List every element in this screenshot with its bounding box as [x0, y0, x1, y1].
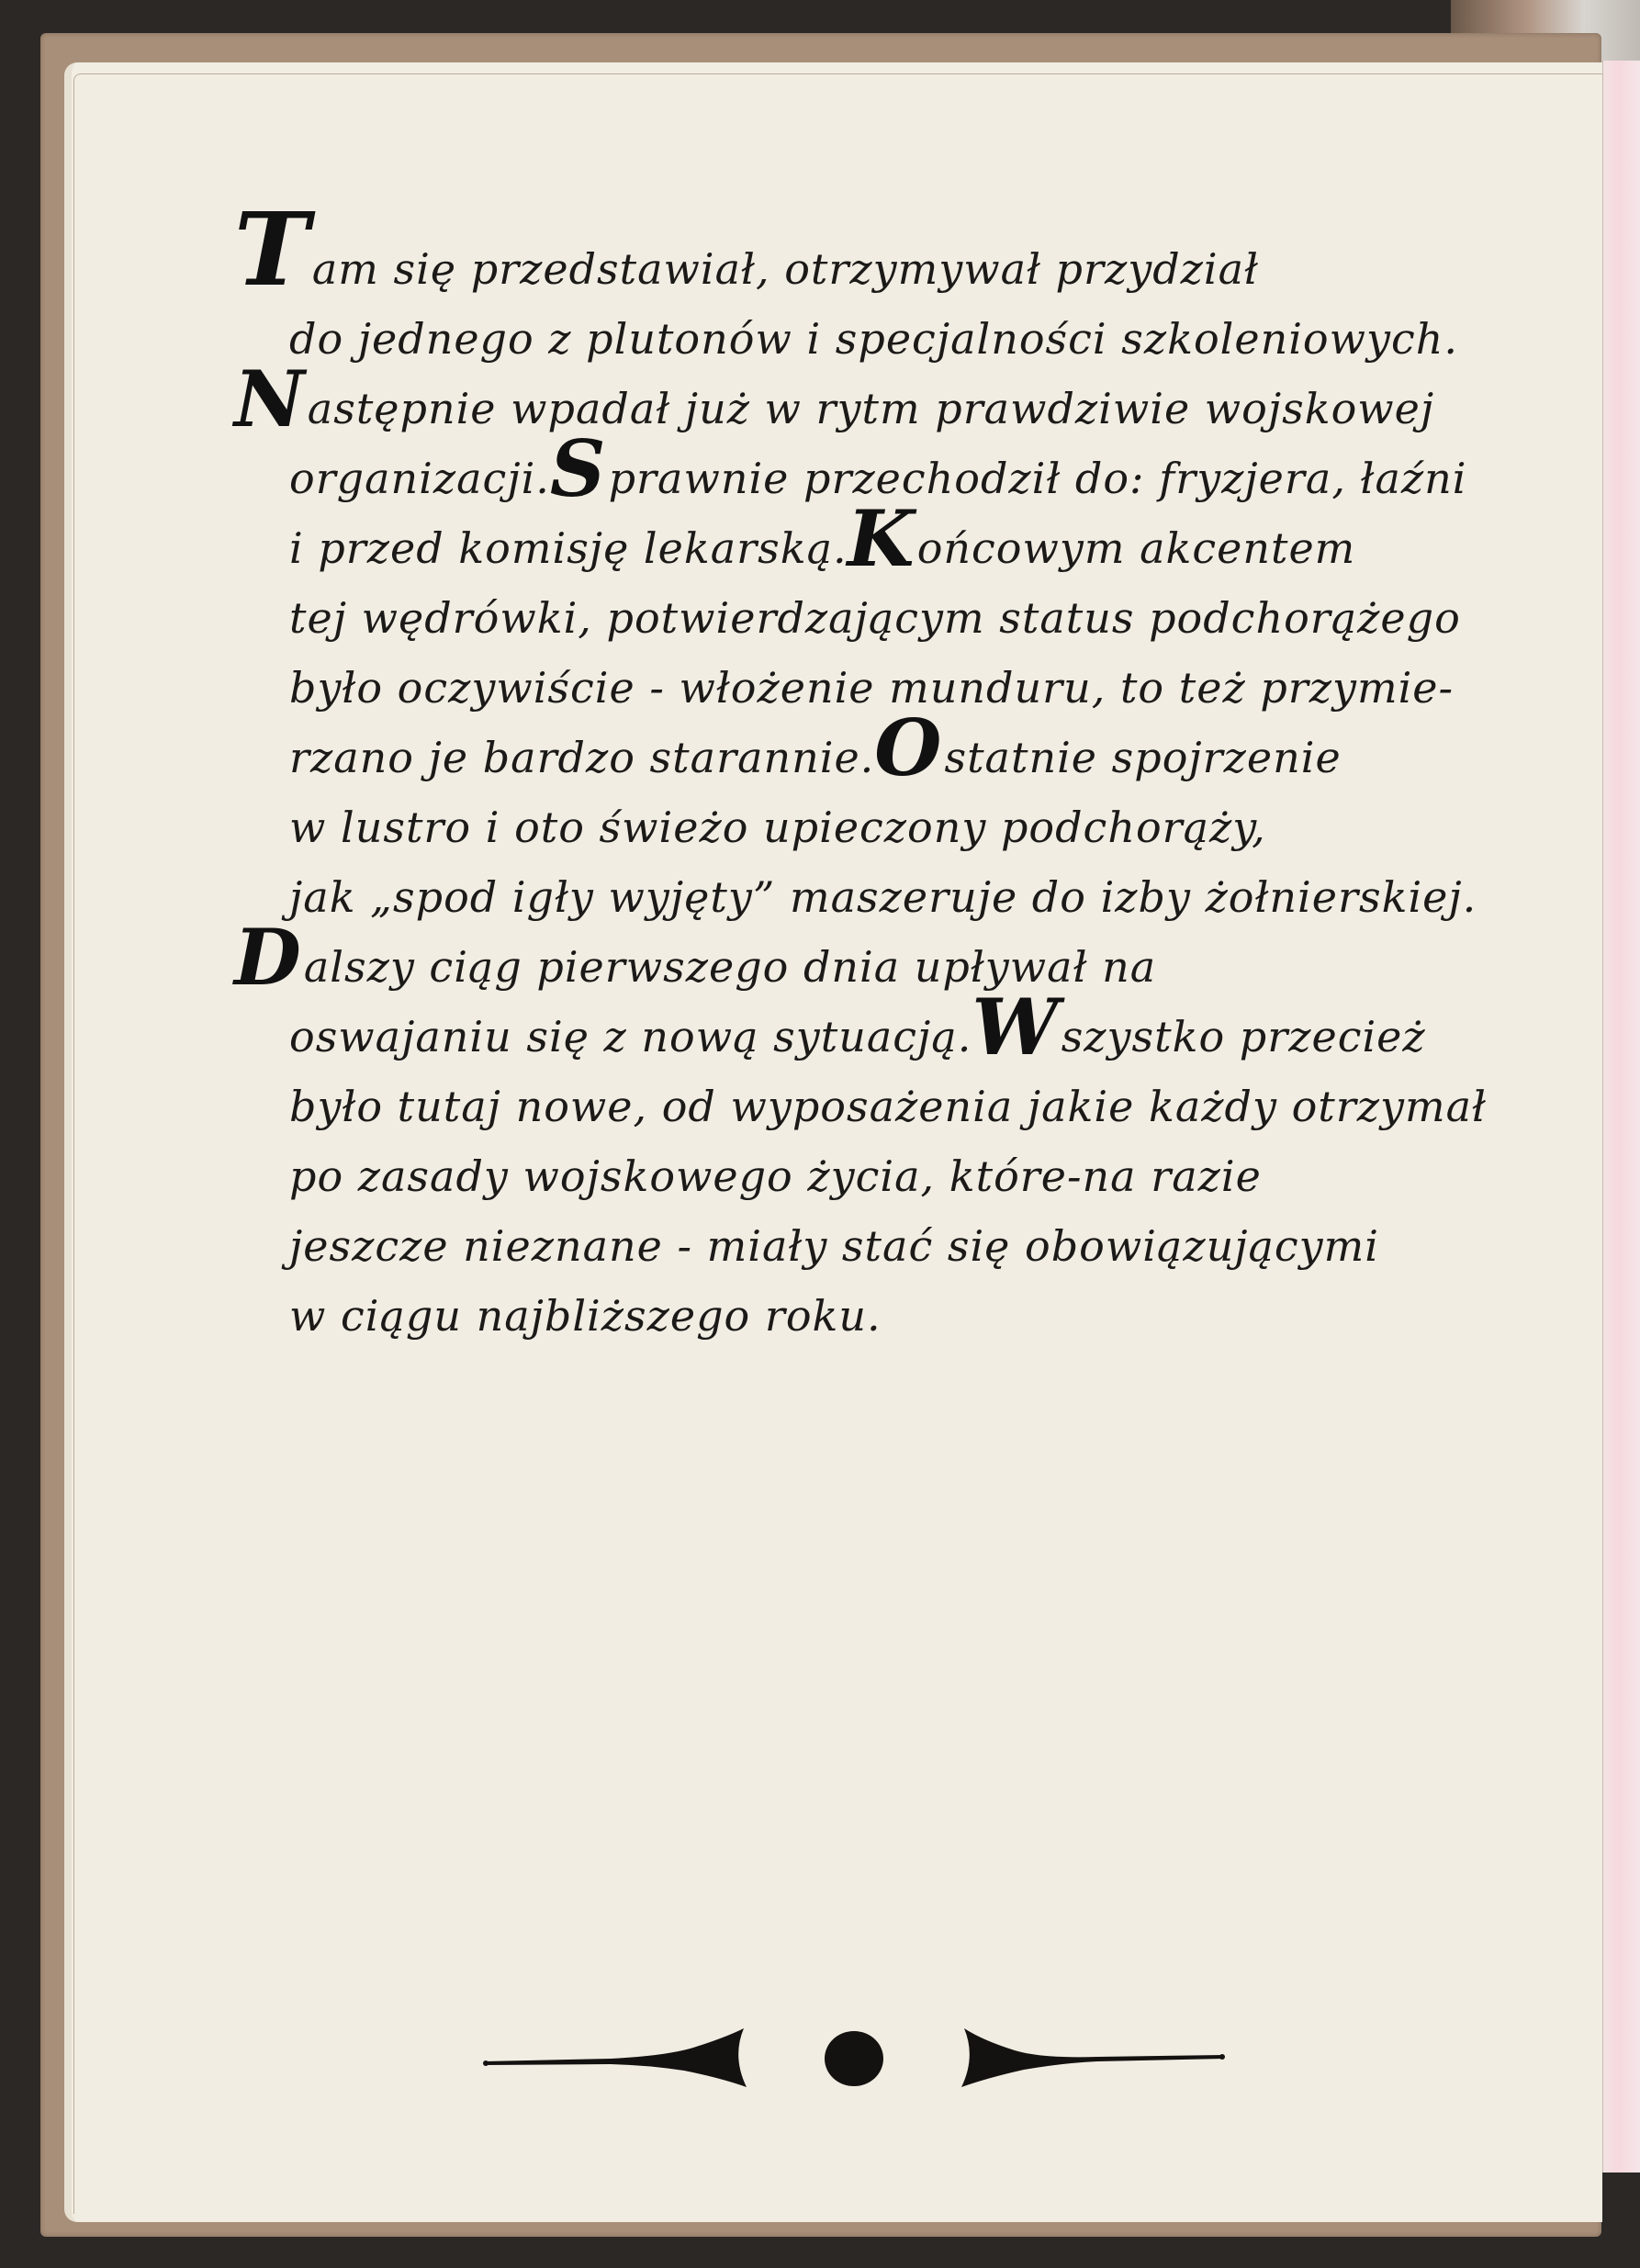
text-line-12: oswajaniu się z nową sytuacją. W szystko…	[234, 988, 1465, 1058]
line-text: am się przedstawiał, otrzymywał przydzia…	[312, 248, 1259, 290]
text-line-5: i przed komisję lekarską. K ońcowym akce…	[234, 500, 1465, 569]
text-line-4: organizacji. S prawnie przechodził do: f…	[234, 430, 1465, 500]
handwritten-text-block: T am się przedstawiał, otrzymywał przydz…	[234, 220, 1465, 1337]
text-line-15: jeszcze nieznane - miały stać się obowią…	[234, 1197, 1465, 1267]
decorative-initial: W	[972, 996, 1059, 1058]
line-text: było tutaj nowe, od wyposażenia jakie ka…	[289, 1085, 1487, 1128]
line-text: tej wędrówki, potwierdzającym status pod…	[289, 597, 1461, 639]
decorative-initial: N	[234, 368, 306, 430]
ornament-divider-icon	[473, 2015, 1235, 2098]
text-line-3: N astępnie wpadał już w rytm prawdziwie …	[234, 360, 1465, 430]
text-line-14: po zasady wojskowego życia, które-na raz…	[234, 1128, 1465, 1197]
line-text: organizacji.	[289, 457, 550, 500]
decorative-initial: T	[234, 209, 310, 290]
text-line-16: w ciągu najbliższego roku.	[234, 1267, 1465, 1337]
text-line-8: rzano je bardzo starannie. O statnie spo…	[234, 709, 1465, 779]
line-text: jeszcze nieznane - miały stać się obowią…	[289, 1225, 1379, 1267]
decorative-initial: D	[234, 926, 302, 988]
decorative-initial: S	[550, 438, 607, 500]
line-text: jak „spod igły wyjęty” maszeruje do izby…	[289, 876, 1477, 918]
line-text: w ciągu najbliższego roku.	[289, 1295, 882, 1337]
text-line-2: do jednego z plutonów i specjalności szk…	[234, 290, 1465, 360]
decorative-initial: O	[874, 717, 942, 779]
text-line-7: było oczywiście - włożenie munduru, to t…	[234, 639, 1465, 709]
line-text-continued: ońcowym akcentem	[917, 527, 1356, 569]
line-text: w lustro i oto świeżo upieczony podchorą…	[289, 806, 1266, 848]
line-text-continued: statnie spojrzenie	[944, 736, 1341, 779]
line-text-continued: szystko przecież	[1062, 1016, 1426, 1058]
line-text-continued: prawnie przechodził do: fryzjera, łaźni	[609, 457, 1467, 500]
text-line-13: było tutaj nowe, od wyposażenia jakie ka…	[234, 1058, 1465, 1128]
line-text: astępnie wpadał już w rytm prawdziwie wo…	[308, 387, 1434, 430]
text-line-9: w lustro i oto świeżo upieczony podchorą…	[234, 779, 1465, 848]
line-text: i przed komisję lekarską.	[289, 527, 848, 569]
line-text: oswajaniu się z nową sytuacją.	[289, 1016, 972, 1058]
text-line-10: jak „spod igły wyjęty” maszeruje do izby…	[234, 848, 1465, 918]
line-text: było oczywiście - włożenie munduru, to t…	[289, 667, 1454, 709]
line-text: do jednego z plutonów i specjalności szk…	[289, 318, 1458, 360]
text-line-1: T am się przedstawiał, otrzymywał przydz…	[234, 220, 1465, 290]
text-line-11: D alszy ciąg pierwszego dnia upływał na	[234, 918, 1465, 988]
line-text: po zasady wojskowego życia, które-na raz…	[289, 1155, 1262, 1197]
decorative-initial: K	[848, 508, 915, 569]
line-text: rzano je bardzo starannie.	[289, 736, 874, 779]
next-page-edge	[1602, 61, 1640, 2173]
